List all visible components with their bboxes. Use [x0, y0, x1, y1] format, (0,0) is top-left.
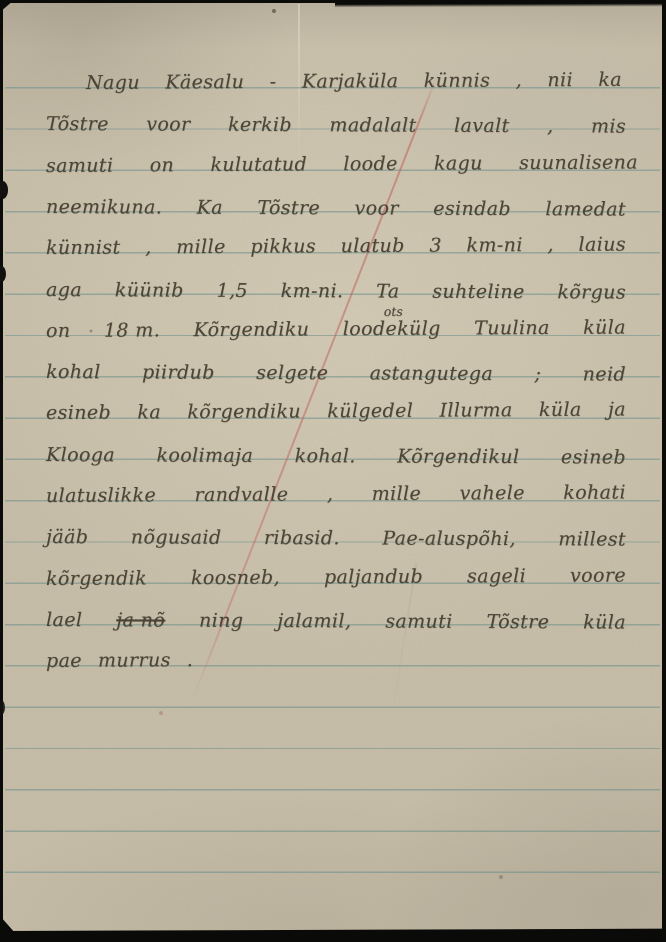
paper-crease: [298, 4, 300, 164]
scan-border-right: [662, 0, 666, 942]
scan-border-left: [0, 0, 3, 942]
paper-texture: [2, 2, 663, 932]
paper-crease: [389, 563, 417, 731]
scanned-page: NaguKäesalu-Karjakülakünnis,niikaTõstrev…: [0, 0, 666, 942]
scan-specks: [0, 0, 2, 2]
notebook-page: [2, 2, 663, 932]
scan-border-bottom: [0, 929, 666, 942]
scan-border-top-right: [335, 0, 666, 7]
